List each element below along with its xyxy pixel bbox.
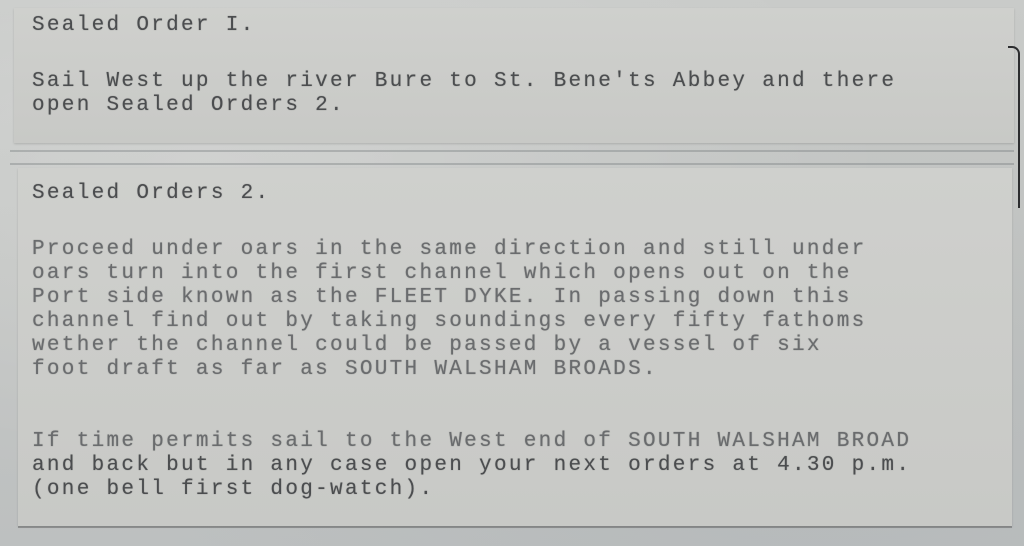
order-2-line: If time permits sail to the West end of … [32, 430, 911, 454]
order-2-line: Proceed under oars in the same direction… [32, 238, 867, 262]
order-1-line: open Sealed Orders 2. [32, 94, 896, 118]
order-1-line: Sail West up the river Bure to St. Bene'… [32, 70, 896, 94]
order-2-line: and back but in any case open your next … [32, 454, 911, 478]
order-2-line: Port side known as the FLEET DYKE. In pa… [32, 286, 867, 310]
order-2-line: wether the channel could be passed by a … [32, 334, 867, 358]
order-1-body: Sail West up the river Bure to St. Bene'… [32, 70, 896, 118]
order-2-paragraph-2: If time permits sail to the West end of … [32, 430, 911, 502]
order-2-line: oars turn into the first channel which o… [32, 262, 867, 286]
fold-line [10, 163, 1014, 165]
order-2-line: (one bell first dog-watch). [32, 478, 911, 502]
torn-edge [18, 526, 1012, 528]
paper-background: Sealed Order I. Sail West up the river B… [0, 0, 1024, 546]
order-2-paragraph-1: Proceed under oars in the same direction… [32, 238, 867, 382]
order-2-line: foot draft as far as SOUTH WALSHAM BROAD… [32, 358, 867, 382]
order-2-line: channel find out by taking soundings eve… [32, 310, 867, 334]
order-1-heading: Sealed Order I. [32, 14, 256, 38]
order-2-heading: Sealed Orders 2. [32, 182, 270, 206]
fold-line [10, 150, 1014, 152]
handwritten-bracket-mark [1008, 46, 1020, 208]
